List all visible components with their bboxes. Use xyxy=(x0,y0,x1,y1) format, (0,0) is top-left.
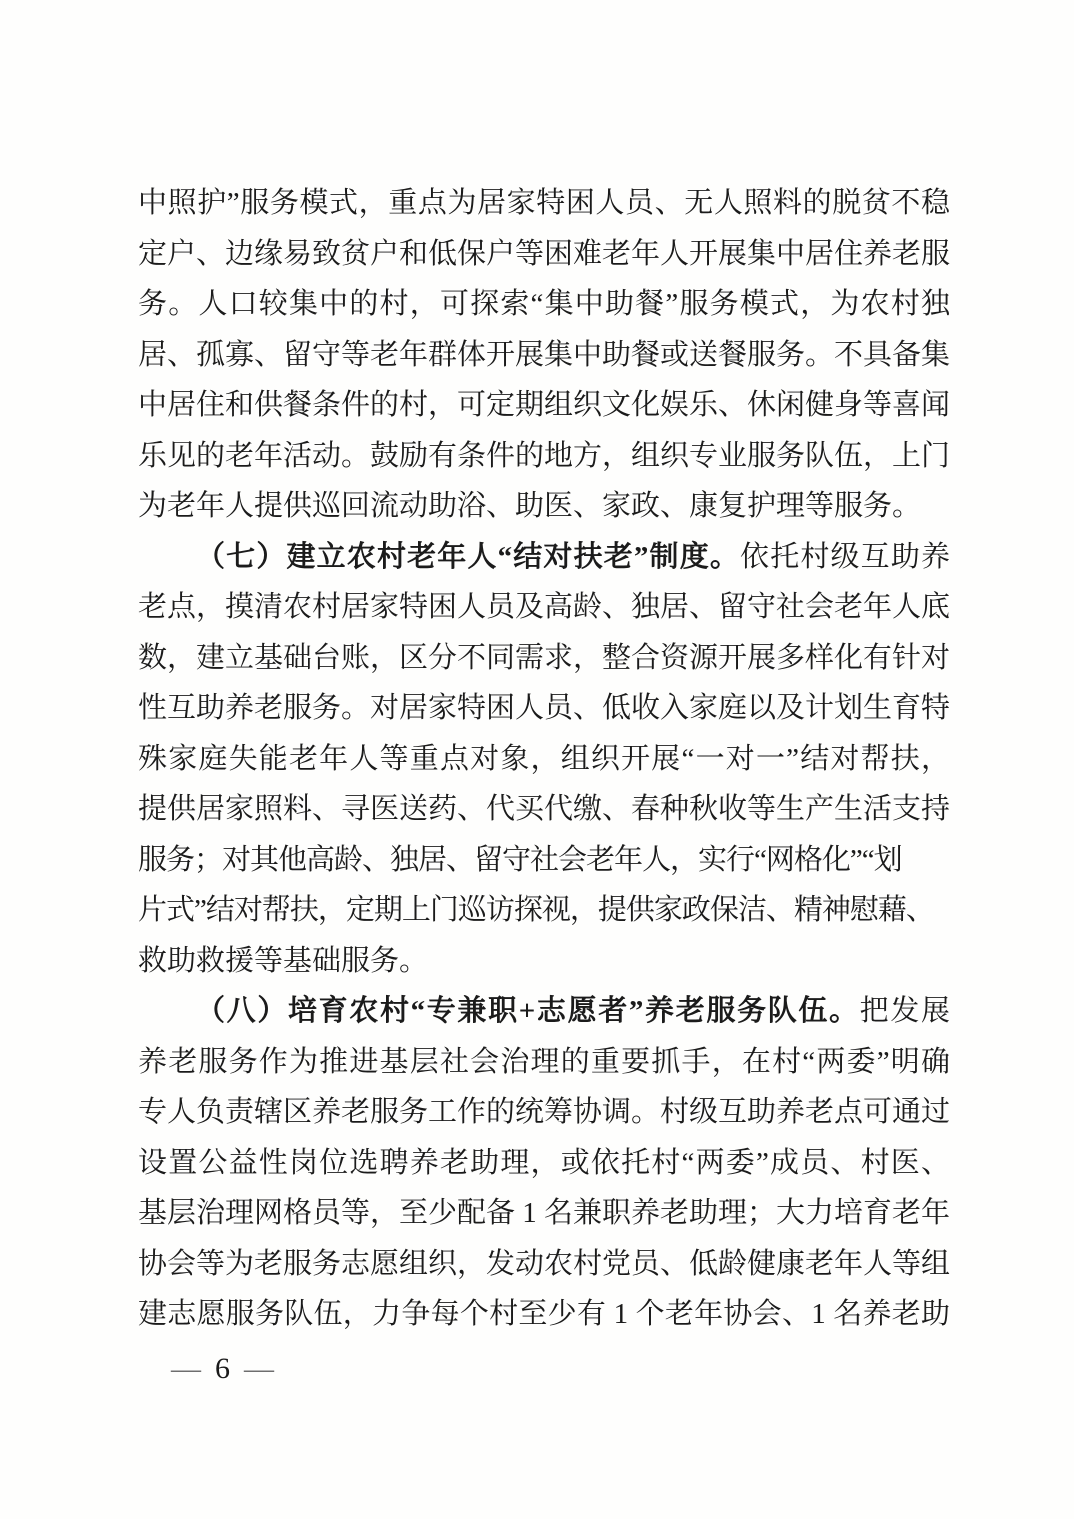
text-line: 设置公益性岗位选聘养老助理，或依托村“两委”成员、村医、 xyxy=(138,1138,950,1189)
text-line: 建志愿服务队伍，力争每个村至少有 1 个老年协会、1 名养老助 xyxy=(138,1289,950,1340)
paragraph-item-7-pairing-support: （七）建立农村老年人“结对扶老”制度。依托村级互助养老点，摸清农村居家特困人员及… xyxy=(138,532,950,987)
text-line: 数，建立基础台账，区分不同需求，整合资源开展多样化有针对 xyxy=(138,633,950,684)
line-text: 中居住和供餐条件的村，可定期组织文化娱乐、休闲健身等喜闻 xyxy=(138,389,950,421)
line-text: 协会等为老服务志愿组织，发动农村党员、低龄健康老年人等组 xyxy=(138,1248,950,1280)
line-text: 为老年人提供巡回流动助浴、助医、家政、康复护理等服务。 xyxy=(138,490,921,522)
line-text: 务。人口较集中的村，可探索“集中助餐”服务模式，为农村独 xyxy=(138,288,950,320)
text-line: 基层治理网格员等，至少配备 1 名兼职养老助理；大力培育老年 xyxy=(138,1188,950,1239)
line-text: 依托村级互助养 xyxy=(740,541,950,573)
line-text: 养老服务作为推进基层社会治理的重要抓手，在村“两委”明确 xyxy=(138,1046,950,1078)
line-text: 老点，摸清农村居家特困人员及高龄、独居、留守社会老年人底 xyxy=(138,591,950,623)
text-block: 中照护”服务模式，重点为居家特困人员、无人照料的脱贫不稳定户、边缘易致贫户和低保… xyxy=(138,178,950,1340)
line-text: 建志愿服务队伍，力争每个村至少有 1 个老年协会、1 名养老助 xyxy=(138,1298,950,1330)
text-line: 专人负责辖区养老服务工作的统筹协调。村级互助养老点可通过 xyxy=(138,1087,950,1138)
footer-dash-left: — xyxy=(171,1352,201,1385)
page-footer: —6— xyxy=(171,1346,274,1392)
line-text: 定户、边缘易致贫户和低保户等困难老年人开展集中居住养老服 xyxy=(138,238,950,270)
bold-heading: （八）培育农村“专兼职+志愿者”养老服务队伍。 xyxy=(196,995,860,1027)
line-text: 服务；对其他高龄、独居、留守社会老年人，实行“网格化”“划 xyxy=(138,844,902,876)
text-line: 居、孤寡、留守等老年群体开展集中助餐或送餐服务。不具备集 xyxy=(138,330,950,381)
line-text: 中照护”服务模式，重点为居家特困人员、无人照料的脱贫不稳 xyxy=(138,187,950,219)
page-number: 6 xyxy=(215,1352,230,1385)
text-line: （七）建立农村老年人“结对扶老”制度。依托村级互助养 xyxy=(138,532,950,583)
bold-heading: （七）建立农村老年人“结对扶老”制度。 xyxy=(196,541,740,573)
text-line: 中居住和供餐条件的村，可定期组织文化娱乐、休闲健身等喜闻 xyxy=(138,380,950,431)
line-text: 基层治理网格员等，至少配备 1 名兼职养老助理；大力培育老年 xyxy=(138,1197,950,1229)
text-line: 提供居家照料、寻医送药、代买代缴、春种秋收等生产生活支持 xyxy=(138,784,950,835)
line-text: 性互助养老服务。对居家特困人员、低收入家庭以及计划生育特 xyxy=(138,692,950,724)
line-text: 救助救援等基础服务。 xyxy=(138,945,428,977)
text-line: 乐见的老年活动。鼓励有条件的地方，组织专业服务队伍，上门 xyxy=(138,431,950,482)
text-line: 中照护”服务模式，重点为居家特困人员、无人照料的脱贫不稳 xyxy=(138,178,950,229)
text-line: 老点，摸清农村居家特困人员及高龄、独居、留守社会老年人底 xyxy=(138,582,950,633)
document-page: 中照护”服务模式，重点为居家特困人员、无人照料的脱贫不稳定户、边缘易致贫户和低保… xyxy=(0,0,1074,1519)
line-text: 片式”结对帮扶，定期上门巡访探视，提供家政保洁、精神慰藉、 xyxy=(138,894,934,926)
line-text: 乐见的老年活动。鼓励有条件的地方，组织专业服务队伍，上门 xyxy=(138,440,950,472)
line-text: 专人负责辖区养老服务工作的统筹协调。村级互助养老点可通过 xyxy=(138,1096,950,1128)
text-line: 性互助养老服务。对居家特困人员、低收入家庭以及计划生育特 xyxy=(138,683,950,734)
text-line: 救助救援等基础服务。 xyxy=(138,936,950,987)
text-line: 务。人口较集中的村，可探索“集中助餐”服务模式，为农村独 xyxy=(138,279,950,330)
footer-dash-right: — xyxy=(244,1352,274,1385)
line-text: 殊家庭失能老年人等重点对象，组织开展“一对一”结对帮扶， xyxy=(138,743,950,775)
line-text: 提供居家照料、寻医送药、代买代缴、春种秋收等生产生活支持 xyxy=(138,793,950,825)
text-line: 协会等为老服务志愿组织，发动农村党员、低龄健康老年人等组 xyxy=(138,1239,950,1290)
paragraph-item-8-service-teams: （八）培育农村“专兼职+志愿者”养老服务队伍。把发展养老服务作为推进基层社会治理… xyxy=(138,986,950,1340)
text-line: 为老年人提供巡回流动助浴、助医、家政、康复护理等服务。 xyxy=(138,481,950,532)
line-text: 设置公益性岗位选聘养老助理，或依托村“两委”成员、村医、 xyxy=(138,1147,950,1179)
text-line: 殊家庭失能老年人等重点对象，组织开展“一对一”结对帮扶， xyxy=(138,734,950,785)
paragraph-continued-collective-care: 中照护”服务模式，重点为居家特困人员、无人照料的脱贫不稳定户、边缘易致贫户和低保… xyxy=(138,178,950,532)
line-text: 居、孤寡、留守等老年群体开展集中助餐或送餐服务。不具备集 xyxy=(138,339,950,371)
text-line: 养老服务作为推进基层社会治理的重要抓手，在村“两委”明确 xyxy=(138,1037,950,1088)
line-text: 数，建立基础台账，区分不同需求，整合资源开展多样化有针对 xyxy=(138,642,950,674)
text-line: （八）培育农村“专兼职+志愿者”养老服务队伍。把发展 xyxy=(138,986,950,1037)
text-line: 定户、边缘易致贫户和低保户等困难老年人开展集中居住养老服 xyxy=(138,229,950,280)
text-line: 片式”结对帮扶，定期上门巡访探视，提供家政保洁、精神慰藉、 xyxy=(138,885,950,936)
line-text: 把发展 xyxy=(860,995,950,1027)
text-line: 服务；对其他高龄、独居、留守社会老年人，实行“网格化”“划 xyxy=(138,835,950,886)
